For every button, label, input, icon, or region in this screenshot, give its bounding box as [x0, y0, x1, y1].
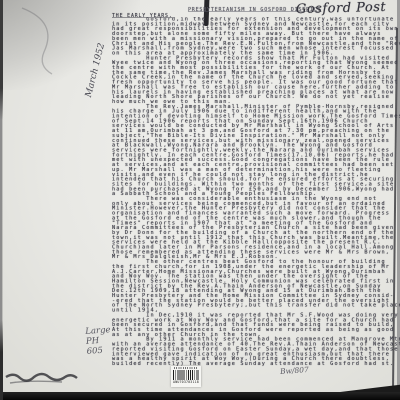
scan-left-edge — [0, 0, 3, 400]
barcode-caption-microtext — [174, 367, 198, 369]
barcode-number-wrap: ANU703703118 — [172, 380, 200, 385]
scan-bottom-edge — [0, 392, 400, 400]
shelf-mark-annotation: Large PH 605 — [85, 325, 112, 357]
typed-body-wrap: Gosford,in the early years of this centu… — [112, 17, 400, 369]
handwritten-source-note: Gosford Post — [296, 0, 387, 17]
barcode-bars — [173, 370, 199, 380]
barcode-number: ANU703703118 — [172, 380, 200, 384]
library-barcode-sticker: ANU703703118 — [171, 366, 201, 387]
typed-body: Gosford,in the early years of this centu… — [112, 17, 400, 366]
scanned-document-photo: PRESBYTERIANISM IN GOSFORD DISTRICT Gosf… — [0, 0, 400, 400]
